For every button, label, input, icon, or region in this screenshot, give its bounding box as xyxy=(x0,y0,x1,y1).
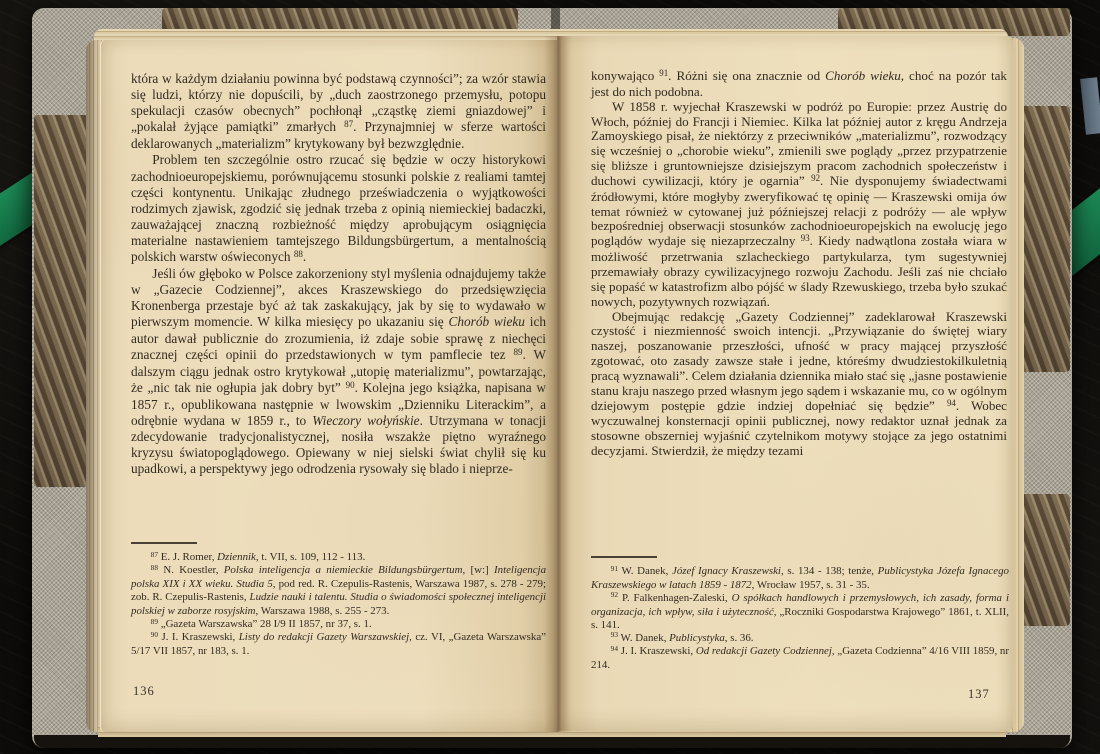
left-page-body-text: która w każdym działaniu powinna być pod… xyxy=(131,71,546,477)
cover-marble-patch-left xyxy=(34,115,90,487)
book-gutter-shadow xyxy=(544,36,572,732)
footnote-separator-right xyxy=(591,556,657,558)
right-page-number: 137 xyxy=(968,687,990,702)
left-page-number: 136 xyxy=(133,684,155,699)
right-page-body-text: konywająco 91. Różni się ona znacznie od… xyxy=(591,69,1007,459)
left-page-footnotes: 87 E. J. Romer, Dziennik, t. VII, s. 109… xyxy=(131,551,546,658)
book-scan-view: która w każdym działaniu powinna być pod… xyxy=(0,0,1100,754)
footnote-separator-left xyxy=(131,542,197,544)
right-page-footnotes: 91 W. Danek, Józef Ignacy Kraszewski, s.… xyxy=(591,565,1009,672)
